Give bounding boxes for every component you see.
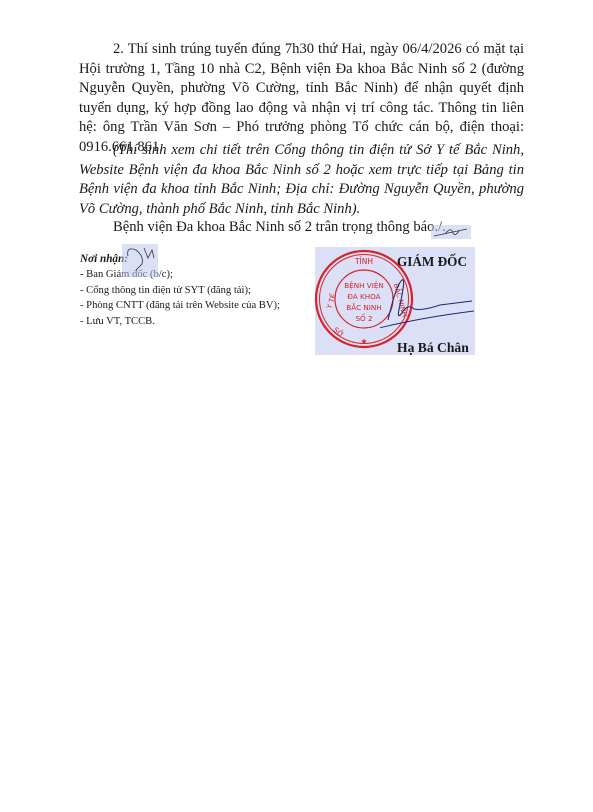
- stamp-center-line: SỐ 2: [355, 313, 372, 323]
- signer-name: Hạ Bá Chân: [397, 340, 469, 356]
- recipient-item: - Phòng CNTT (đăng tải trên Website của …: [80, 298, 280, 313]
- initial-signature-icon: [122, 244, 158, 277]
- paragraph-2-text: 2. Thí sinh trúng tuyển đúng 7h30 thứ Ha…: [79, 41, 524, 155]
- note-paragraph: (Thí sinh xem chi tiết trên Cổng thông t…: [79, 141, 524, 219]
- closing-text: Bệnh viện Đa khoa Bắc Ninh số 2 trân trọ…: [113, 219, 446, 235]
- initial-mark-closing: [431, 225, 471, 239]
- initial-mark-recipients: [122, 244, 158, 277]
- stamp-center-line: BẮC NINH: [346, 302, 381, 312]
- stamp-center-line: BỆNH VIỆN: [344, 281, 384, 290]
- paragraph-2: 2. Thí sinh trúng tuyển đúng 7h30 thứ Ha…: [79, 40, 524, 158]
- initial-signature-icon: [431, 225, 471, 239]
- note-text: (Thí sinh xem chi tiết trên Cổng thông t…: [79, 142, 524, 217]
- recipient-item: - Ban Giám đốc (b/c);: [80, 267, 280, 282]
- recipients-block: Nơi nhận: - Ban Giám đốc (b/c); - Cổng t…: [80, 252, 280, 329]
- recipient-item: - Cổng thông tin điện tử SYT (đăng tải);: [80, 283, 280, 298]
- recipients-title: Nơi nhận:: [80, 252, 280, 267]
- recipient-item: - Lưu VT, TCCB.: [80, 314, 280, 329]
- stamp-center-line: ĐA KHOA: [347, 292, 380, 301]
- svg-text:★: ★: [360, 337, 367, 346]
- handwritten-signature-icon: [380, 275, 480, 335]
- stamp-ring-top: TỈNH: [354, 257, 373, 266]
- director-title: GIÁM ĐỐC: [397, 254, 467, 270]
